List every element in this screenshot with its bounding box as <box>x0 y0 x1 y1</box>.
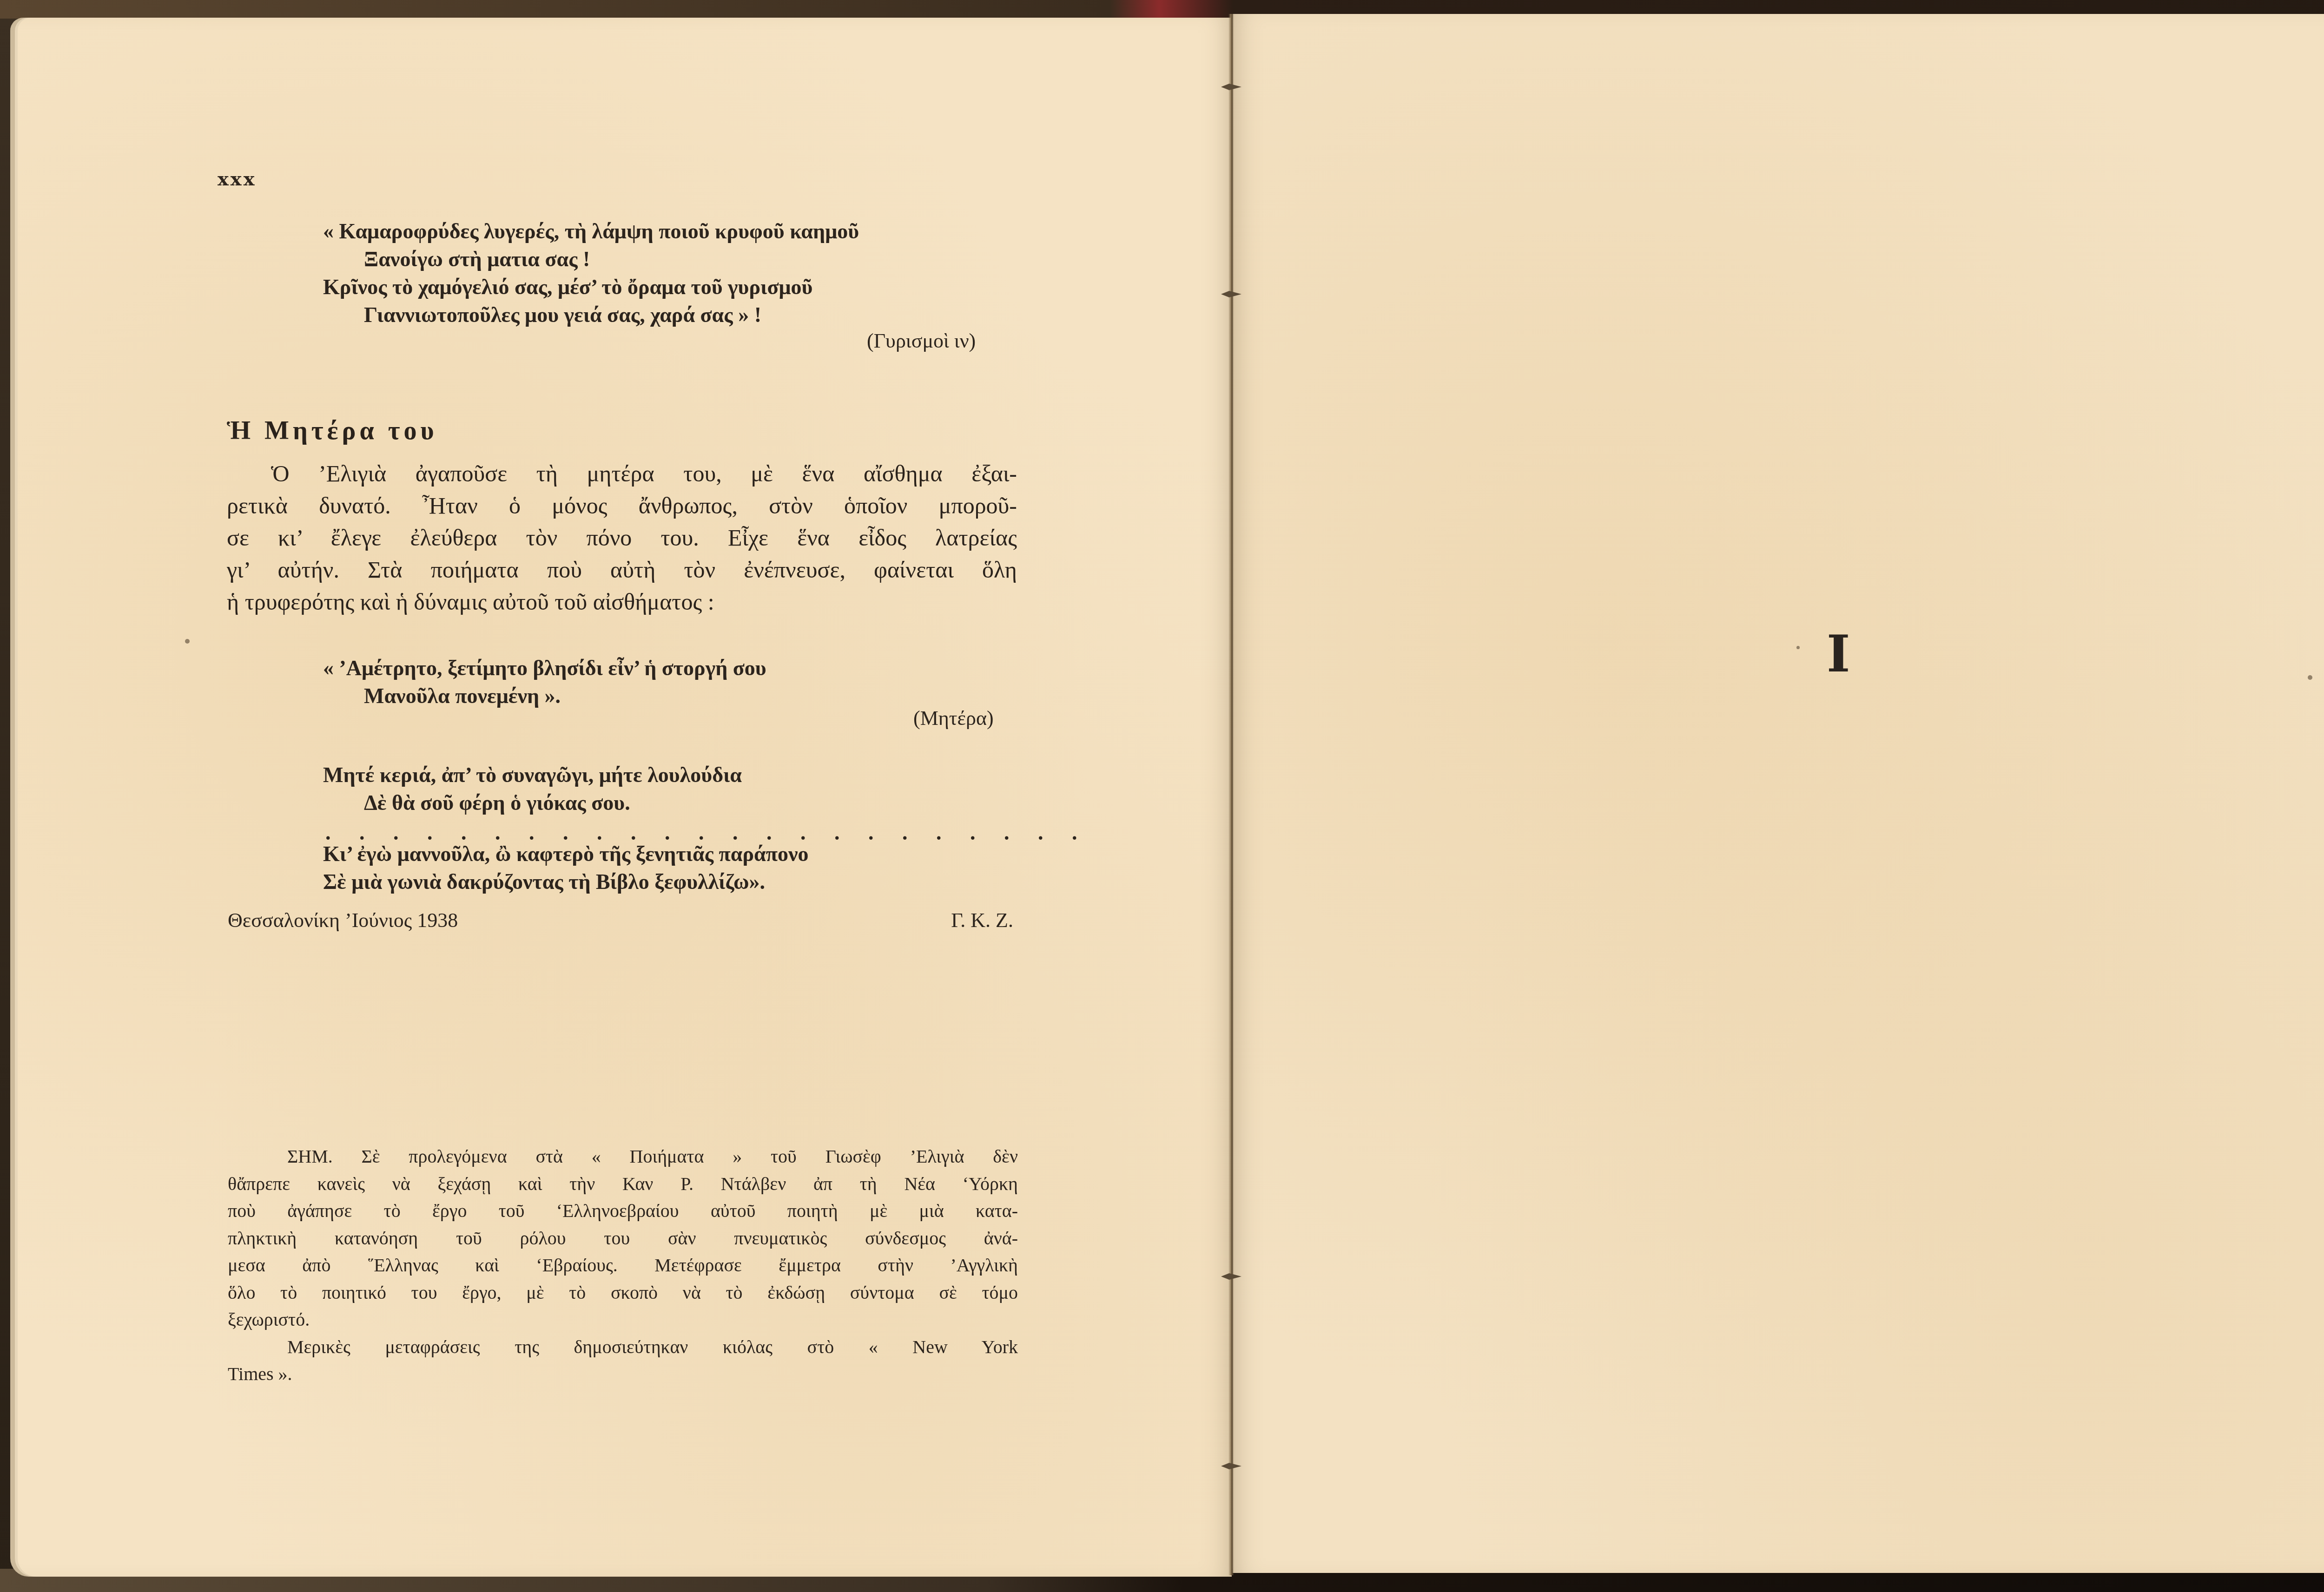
note-line: Times ». <box>228 1361 1018 1388</box>
note-line: θἄπρεπε κανεὶς νὰ ξεχάσῃ καὶ τὴν Καν Ρ. … <box>228 1171 1018 1198</box>
paper-speck <box>2308 675 2312 680</box>
section-heading: Ἡ Μητέρα του <box>227 416 438 446</box>
note-line: ὅλο τὸ ποιητικό του ἔργο, μὲ τὸ σκοπὸ νὰ… <box>228 1279 1018 1307</box>
paragraph-line: γι’ αὐτήν. Στὰ ποιήματα ποὺ αὐτὴ τὸν ἐνέ… <box>227 554 1017 586</box>
paper-speck <box>1796 646 1800 649</box>
author-initials: Γ. Κ. Ζ. <box>951 908 1013 932</box>
place-date: Θεσσαλονίκη ’Ιούνιος 1938 <box>228 908 458 932</box>
paragraph-line: ἡ τρυφερότης καὶ ἡ δύναμις αὐτοῦ τοῦ αἰσ… <box>227 586 1017 618</box>
verse-line: « Καμαροφρύδες λυγερές, τὴ λάμψη ποιοῦ κ… <box>323 217 859 245</box>
verse-line: Γιαννιωτοποῦλες μου γειά σας, χαρά σας »… <box>323 301 859 329</box>
quote-verse-mother: « ’Αμέτρητο, ξετίμητο βλησίδι εἶν’ ἡ στο… <box>323 654 766 710</box>
part-numeral: I <box>1827 625 1850 684</box>
paragraph-line: ρετικὰ δυνατό. Ἦταν ὁ μόνος ἄνθρωπος, στ… <box>227 490 1017 522</box>
note-line: Μερικὲς μεταφράσεις της δημοσιεύτηκαν κι… <box>228 1334 1018 1361</box>
paragraph-line: Ὁ ’Ελιγιὰ ἀγαποῦσε τὴ μητέρα του, μὲ ἕνα… <box>227 458 1017 490</box>
note-line: μεσα ἀπὸ ῞Ελληνας καὶ ‘Εβραίους. Μετέφρα… <box>228 1252 1018 1279</box>
paper-speck <box>185 639 190 644</box>
book-scan: xxx « Καμαροφρύδες λυγερές, τὴ λάμψη ποι… <box>0 0 2324 1592</box>
note-line: ΣΗΜ. Σὲ προλεγόμενα στὰ « Ποιήματα » τοῦ… <box>228 1143 1018 1171</box>
book-spine-gutter <box>1228 14 1234 1575</box>
verse-line: Μανοῦλα πονεμένη ». <box>323 682 766 710</box>
quote-verse-second: Μητέ κεριά, ἀπ’ τὸ συναγῶγι, μήτε λουλού… <box>323 761 742 817</box>
verse-line: Σὲ μιὰ γωνιὰ δακρύζοντας τὴ Βίβλο ξεφυλλ… <box>323 868 808 896</box>
page-number-folio: xxx <box>218 168 257 190</box>
right-page <box>1233 14 2324 1573</box>
verse-line: Κι’ ἐγὼ μαννοῦλα, ὢ καφτερὸ τῆς ξενητιᾶς… <box>323 840 808 868</box>
verse-line: Μητέ κεριά, ἀπ’ τὸ συναγῶγι, μήτε λουλού… <box>323 761 742 789</box>
paragraph-line: σε κι’ ἔλεγε ἐλεύθερα τὸν πόνο του. Εἶχε… <box>227 522 1017 554</box>
epigraph-source: (Γυρισμοὶ ιν) <box>867 329 976 353</box>
verse-line: « ’Αμέτρητο, ξετίμητο βλησίδι εἶν’ ἡ στο… <box>323 654 766 682</box>
note-line: πληκτικὴ κατανόηση τοῦ ρόλου του σὰν πνε… <box>228 1225 1018 1252</box>
note-line: ποὺ ἀγάπησε τὸ ἔργο τοῦ ‘Ελληνοεβραίου α… <box>228 1197 1018 1225</box>
verse-line: Δὲ θὰ σοῦ φέρη ὁ γιόκας σου. <box>323 789 742 817</box>
footnote: ΣΗΜ. Σὲ προλεγόμενα στὰ « Ποιήματα » τοῦ… <box>228 1143 1018 1388</box>
epigraph-verse: « Καμαροφρύδες λυγερές, τὴ λάμψη ποιοῦ κ… <box>323 217 859 329</box>
signoff: Θεσσαλονίκη ’Ιούνιος 1938 Γ. Κ. Ζ. <box>228 908 1013 932</box>
quote-verse-continuation: Κι’ ἐγὼ μαννοῦλα, ὢ καφτερὸ τῆς ξενητιᾶς… <box>323 840 808 896</box>
note-line: ξεχωριστό. <box>228 1306 1018 1334</box>
quote-source: (Μητέρα) <box>913 706 994 730</box>
verse-line: Κρῖνος τὸ χαμόγελιό σας, μέσ’ τὸ ὄραμα τ… <box>323 273 859 301</box>
verse-line: Ξανοίγω στὴ ματια σας ! <box>323 245 859 273</box>
body-paragraph: Ὁ ’Ελιγιὰ ἀγαποῦσε τὴ μητέρα του, μὲ ἕνα… <box>227 458 1017 618</box>
